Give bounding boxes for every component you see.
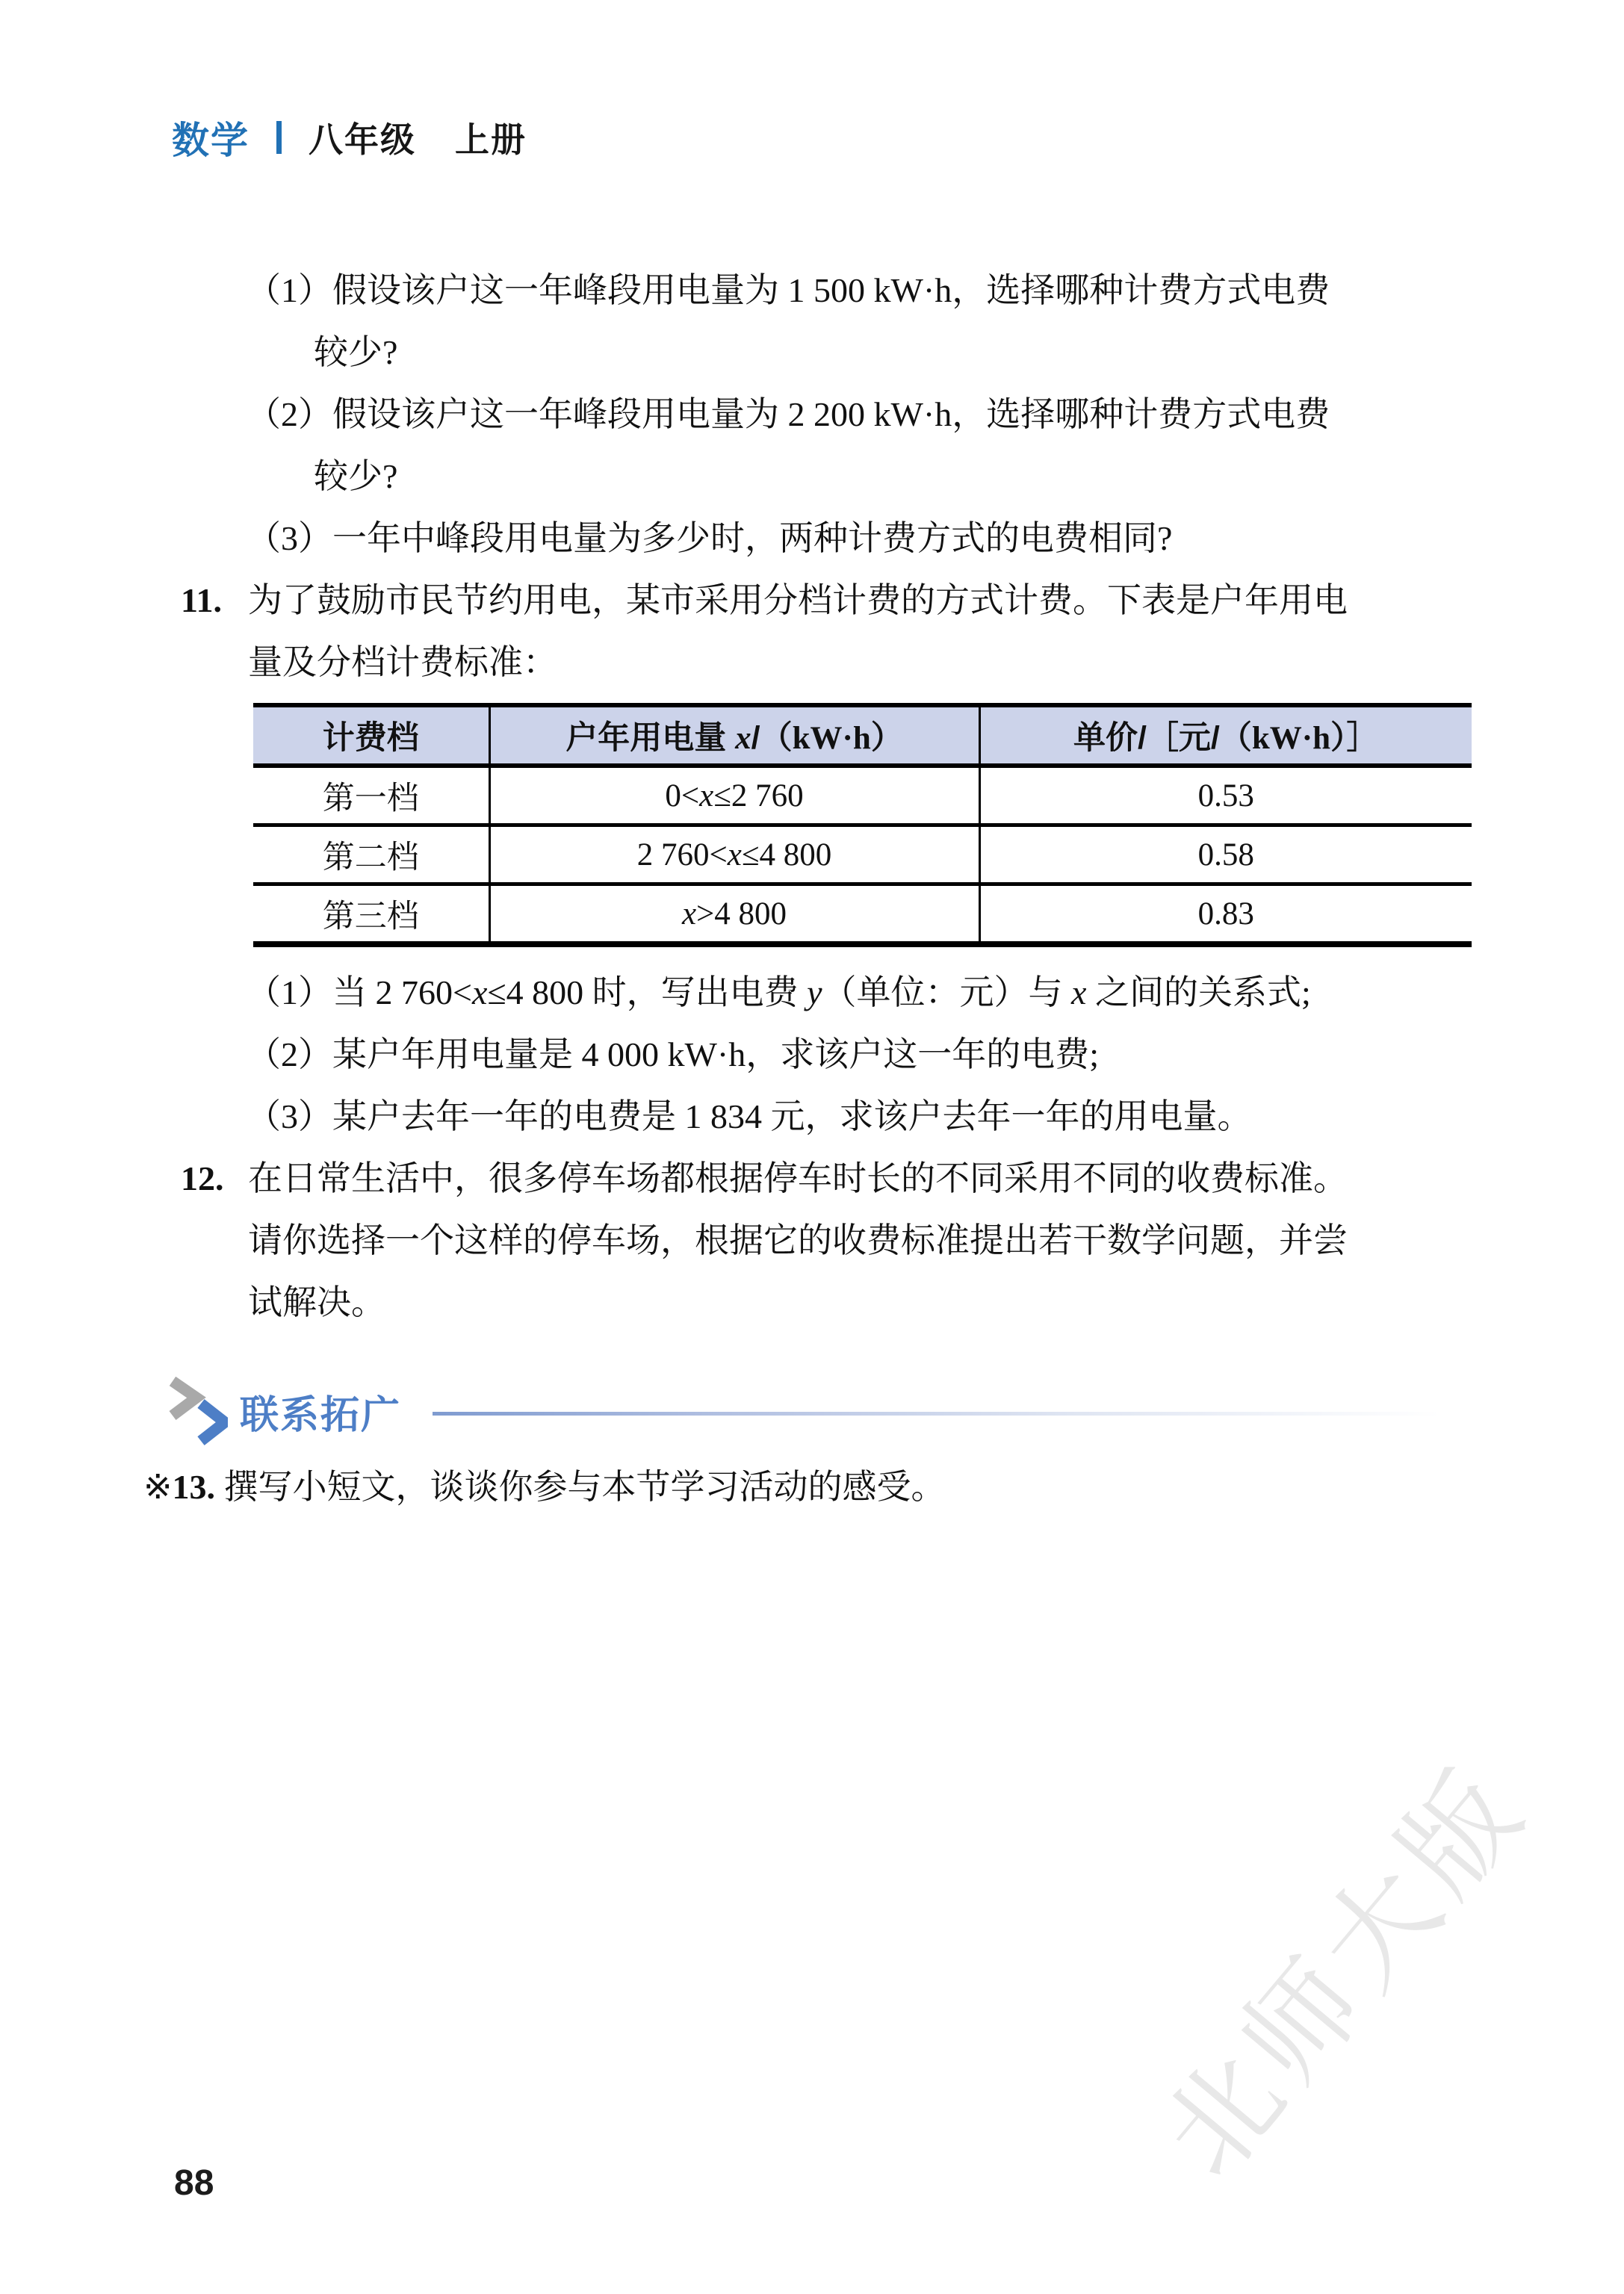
table-header-row: 计费档 户年用电量 x/（kW·h） 单价/［元/（kW·h）］: [253, 705, 1472, 766]
table-row: 第一档 0<x≤2 760 0.53: [253, 766, 1472, 825]
problem-12-line-2: 请你选择一个这样的停车场，根据它的收费标准提出若干数学问题，并尝: [0, 1209, 1624, 1271]
table-row: 第二档 2 760<x≤4 800 0.58: [253, 825, 1472, 884]
problem-subitem-1: （1）假设该户这一年峰段用电量为 1 500 kW·h，选择哪种计费方式电费: [0, 259, 1624, 321]
problem-12-line-3: 试解决。: [0, 1271, 1624, 1333]
problem-11-subitem-3: （3）某户去年一年的电费是 1 834 元，求该户去年一年的用电量。: [0, 1085, 1624, 1147]
problem-13-line: ※13. 撰写小短文，谈谈你参与本节学习活动的感受。: [0, 1456, 1624, 1518]
section-title: 联系拓广: [240, 1383, 401, 1439]
cell-usage-1: 0<x≤2 760: [489, 766, 979, 825]
double-chevron-icon: [168, 1377, 228, 1445]
volume-label: 上册: [455, 113, 527, 162]
grade-label: 八年级: [309, 113, 416, 162]
cell-tier-1: 第一档: [253, 766, 489, 825]
electricity-rate-table: 计费档 户年用电量 x/（kW·h） 单价/［元/（kW·h）］ 第一档 0<x…: [253, 703, 1472, 947]
cell-price-3: 0.83: [979, 884, 1472, 945]
section-divider-line: [433, 1412, 1494, 1416]
cell-price-1: 0.53: [979, 766, 1472, 825]
header-cell-price: 单价/［元/（kW·h）］: [979, 705, 1472, 766]
page-number: 88: [174, 2152, 214, 2214]
problem-11-line-1: 11.为了鼓励市民节约用电，某市采用分档计费的方式计费。下表是户年用电: [0, 569, 1624, 631]
problem-11-line-2: 量及分档计费标准：: [0, 631, 1624, 693]
page-header: 数学 八年级 上册: [172, 111, 527, 164]
problem-subitem-2: （2）假设该户这一年峰段用电量为 2 200 kW·h，选择哪种计费方式电费: [0, 383, 1624, 445]
section-header-lianxi-tuoguang: 联系拓广: [168, 1377, 1494, 1445]
problem-13: ※13. 撰写小短文，谈谈你参与本节学习活动的感受。: [0, 1456, 1624, 1518]
subject-title: 数学: [172, 111, 250, 164]
problem-11-subitem-2: （2）某户年用电量是 4 000 kW·h，求该户这一年的电费;: [0, 1023, 1624, 1085]
cell-price-2: 0.58: [979, 825, 1472, 884]
textbook-page: 数学 八年级 上册 北师大版 （1）假设该户这一年峰段用电量为 1 500 kW…: [0, 0, 1624, 2294]
header-cell-usage: 户年用电量 x/（kW·h）: [489, 705, 979, 766]
problem-subitem-3: （3）一年中峰段用电量为多少时，两种计费方式的电费相同?: [0, 507, 1624, 569]
table-row: 第三档 x>4 800 0.83: [253, 884, 1472, 945]
problem-12-line-1: 12.在日常生活中，很多停车场都根据停车时长的不同采用不同的收费标准。: [0, 1147, 1624, 1209]
header-cell-tier: 计费档: [253, 705, 489, 766]
problem-11-subitems-and-problem-12: （1）当 2 760<x≤4 800 时，写出电费 y（单位：元）与 x 之间的…: [0, 961, 1624, 1333]
problem-subitem-1-continuation: 较少?: [0, 321, 1624, 383]
cell-tier-3: 第三档: [253, 884, 489, 945]
problem-11-subitem-1: （1）当 2 760<x≤4 800 时，写出电费 y（单位：元）与 x 之间的…: [0, 961, 1624, 1023]
publisher-watermark: 北师大版: [1118, 1725, 1556, 2204]
cell-tier-2: 第二档: [253, 825, 489, 884]
problem-subitem-2-continuation: 较少?: [0, 445, 1624, 507]
cell-usage-2: 2 760<x≤4 800: [489, 825, 979, 884]
header-divider: [276, 121, 282, 154]
problem-subitems-and-problem-11: （1）假设该户这一年峰段用电量为 1 500 kW·h，选择哪种计费方式电费 较…: [0, 259, 1624, 693]
cell-usage-3: x>4 800: [489, 884, 979, 945]
